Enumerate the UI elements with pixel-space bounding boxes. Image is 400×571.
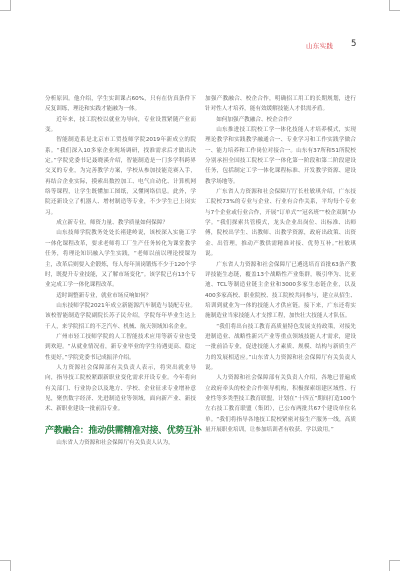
running-head-section: 山东实践 bbox=[306, 41, 333, 50]
crop-mark-bottom-left bbox=[0, 560, 11, 571]
paragraph: 智能制造系是北京市工贸技师学院2019年新成立的院系。“我们深入10多家企业现场… bbox=[45, 135, 196, 218]
section-heading: 产教融合：推动供需精准对接、优势互补 bbox=[45, 425, 196, 437]
paragraph: 广东省人力资源和社会保障厅厅长杜敏琪介绍，广东技工院校73%的专业与企业、行业有… bbox=[205, 187, 356, 259]
paragraph: 山东技师学院2021年成立新能源汽车制造与装配专业。该校智能制造学院副院长苏子民… bbox=[45, 301, 196, 332]
crop-mark-bottom-right bbox=[389, 560, 400, 571]
crop-mark-top-left bbox=[0, 0, 11, 11]
right-column: 加强产教融合、校企合作，明确招工用工的长期规划，进行针对性人才培养，能有效缓解技… bbox=[205, 94, 356, 435]
paragraph: 分析原因。他介绍，学生实训课占60%，只有在仿真条件下反复训练，理论和实践才能融… bbox=[45, 94, 196, 115]
question-paragraph: 成立新专业，师资力量、教学质量如何保障？ bbox=[45, 218, 196, 228]
paragraph: 广东省人力资源和社会保障厅已遴选培育首批63条产教评技能生态链，覆盖13个战略性… bbox=[205, 260, 356, 322]
paragraph: 人力资源和社会保障部有关负责人介绍，各地已普遍成立政府牵头的校企合作领导机构，积… bbox=[205, 373, 356, 435]
question-paragraph: 适时调整新专业，就业市场反响如何？ bbox=[45, 291, 196, 301]
paragraph: 近年来，技工院校以就业为导向，专业设置紧随产业而变。 bbox=[45, 115, 196, 136]
crop-mark-top-right bbox=[389, 0, 400, 11]
paragraph: 广州市轻工技师学院的人工智能技术应用等新专业也受到欢迎。“从就业情况看，新专业毕… bbox=[45, 332, 196, 363]
question-paragraph: 如何加强产教融合、校企合作？ bbox=[205, 115, 356, 125]
left-column: 分析原因。他介绍，学生实训课占60%，只有在仿真条件下反复训练，理论和实践才能融… bbox=[45, 94, 196, 448]
paragraph: 加强产教融合、校企合作，明确招工用工的长期规划，进行针对性人才培养，能有效缓解技… bbox=[205, 94, 356, 115]
paragraph: 山东推进技工院校工学一体化技能人才培养模式，实现理论教学和实践教学融通合一、专业… bbox=[205, 125, 356, 187]
paragraph: “我们将出台技工教育高质量特色发展支持政策，对接先进制造业、战略性新兴产业等重点… bbox=[205, 322, 356, 374]
paragraph: 人力资源社会保障部有关负责人表示，将突出就业导向，指导技工院校紧跟新职业变化需求… bbox=[45, 363, 196, 415]
page-number: 5 bbox=[351, 39, 356, 49]
paragraph: 山东省人力资源和社会保障厅有关负责人认为， bbox=[45, 438, 196, 448]
paragraph: 山东技师学院教务处处长褚建岭说，该校深入实施工学一体化课程改革，要求老师将工厂生… bbox=[45, 228, 196, 290]
